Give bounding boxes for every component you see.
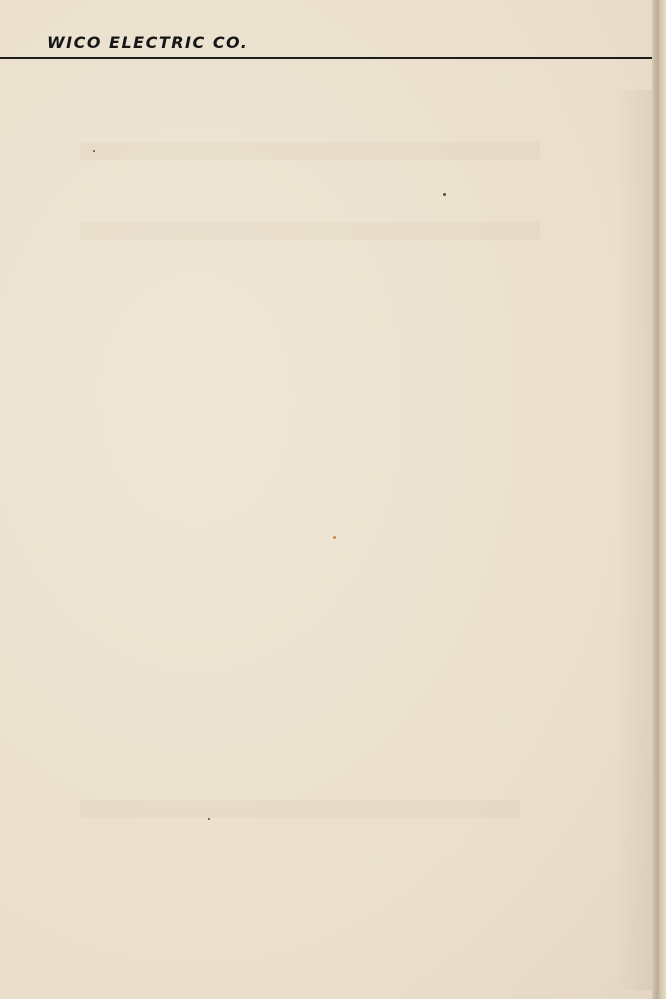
page-edge <box>652 0 666 999</box>
bleed-through-line <box>80 800 520 818</box>
company-header: WICO ELECTRIC CO. <box>47 33 248 52</box>
paper-speck <box>93 150 95 152</box>
page-shadow <box>616 90 656 990</box>
document-page: WICO ELECTRIC CO. <box>0 0 652 999</box>
bleed-through-line <box>80 222 540 240</box>
paper-speck <box>208 818 210 820</box>
header-rule <box>0 57 662 59</box>
paper-speck <box>443 193 446 196</box>
paper-speck <box>333 536 336 539</box>
bleed-through-line <box>80 142 540 160</box>
